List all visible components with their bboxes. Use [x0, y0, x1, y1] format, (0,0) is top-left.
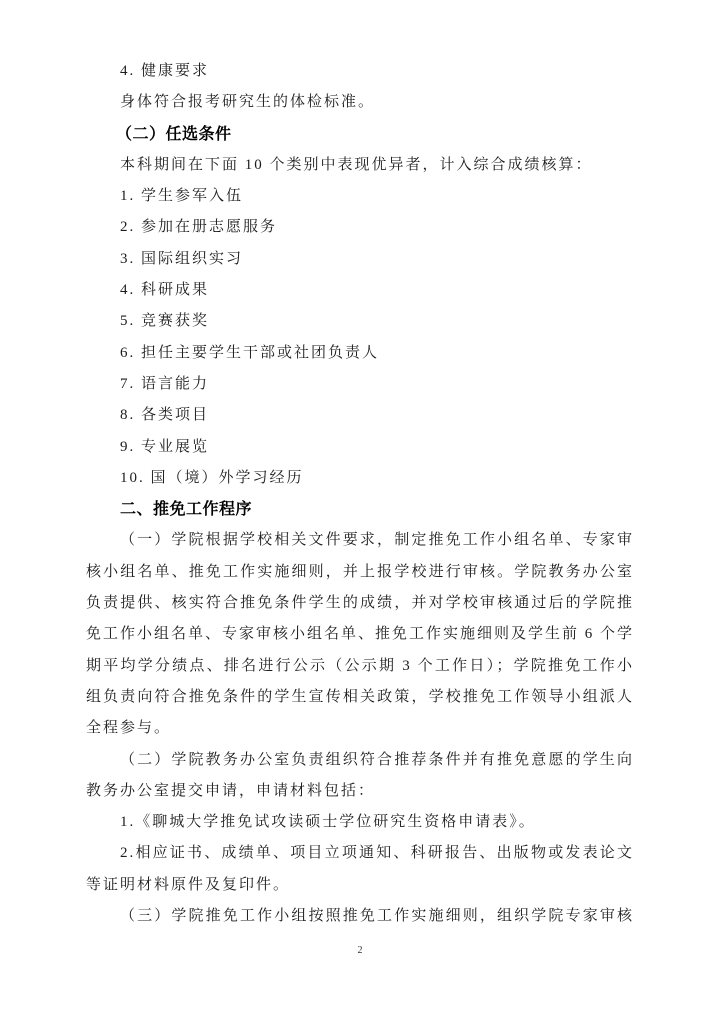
paragraph-line: 免工作小组名单、专家审核小组名单、推免工作实施细则及学生前 6 个学 [86, 619, 634, 650]
paragraph-line: 全程参与。 [86, 713, 634, 744]
page-number: 2 [0, 945, 720, 956]
list-item: 1. 学生参军入伍 [86, 181, 634, 212]
procedure-paragraph-1: （一）学院根据学校相关文件要求，制定推免工作小组名单、专家审 核小组名单、推免工… [86, 525, 634, 744]
list-item: 5. 竞赛获奖 [86, 306, 634, 337]
list-item: 4. 科研成果 [86, 275, 634, 306]
list-item: 8. 各类项目 [86, 400, 634, 431]
material-item: 1.《聊城大学推免试攻读硕士学位研究生资格申请表》。 [86, 807, 634, 838]
list-item: 3. 国际组织实习 [86, 244, 634, 275]
paragraph-line: 负责提供、核实符合推免条件学生的成绩，并对学校审核通过后的学院推 [86, 588, 634, 619]
procedure-paragraph-2: （二）学院教务办公室负责组织符合推荐条件并有推免意愿的学生向 教务办公室提交申请… [86, 745, 634, 808]
paragraph-line: 组负责向符合推免条件的学生宣传相关政策，学校推免工作领导小组派人 [86, 682, 634, 713]
material-item: 2.相应证书、成绩单、项目立项通知、科研报告、出版物或发表论文 [86, 838, 634, 869]
list-item: 10. 国（境）外学习经历 [86, 463, 634, 494]
paragraph-line: （一）学院根据学校相关文件要求，制定推免工作小组名单、专家审 [86, 525, 634, 556]
optional-conditions-heading: （二）任选条件 [86, 119, 634, 150]
health-requirement-text: 身体符合报考研究生的体检标准。 [86, 87, 634, 118]
list-item: 6. 担任主要学生干部或社团负责人 [86, 338, 634, 369]
list-item: 9. 专业展览 [86, 432, 634, 463]
document-page: 4. 健康要求 身体符合报考研究生的体检标准。 （二）任选条件 本科期间在下面 … [0, 0, 720, 1018]
page-body: 4. 健康要求 身体符合报考研究生的体检标准。 （二）任选条件 本科期间在下面 … [86, 56, 634, 932]
health-requirement-title: 4. 健康要求 [86, 56, 634, 87]
optional-conditions-intro: 本科期间在下面 10 个类别中表现优异者，计入综合成绩核算： [86, 150, 634, 181]
list-item: 7. 语言能力 [86, 369, 634, 400]
paragraph-line: （二）学院教务办公室负责组织符合推荐条件并有推免意愿的学生向 [86, 745, 634, 776]
paragraph-line: 教务办公室提交申请，申请材料包括： [86, 776, 634, 807]
procedure-heading: 二、推免工作程序 [86, 494, 634, 525]
list-item: 2. 参加在册志愿服务 [86, 212, 634, 243]
procedure-paragraph-3: （三）学院推免工作小组按照推免工作实施细则，组织学院专家审核 [86, 901, 634, 932]
paragraph-line: （三）学院推免工作小组按照推免工作实施细则，组织学院专家审核 [86, 901, 634, 932]
material-item-continuation: 等证明材料原件及复印件。 [86, 870, 634, 901]
paragraph-line: 期平均学分绩点、排名进行公示（公示期 3 个工作日）；学院推免工作小 [86, 651, 634, 682]
paragraph-line: 核小组名单、推免工作实施细则，并上报学校进行审核。学院教务办公室 [86, 557, 634, 588]
application-materials-list: 1.《聊城大学推免试攻读硕士学位研究生资格申请表》。 2.相应证书、成绩单、项目… [86, 807, 634, 901]
